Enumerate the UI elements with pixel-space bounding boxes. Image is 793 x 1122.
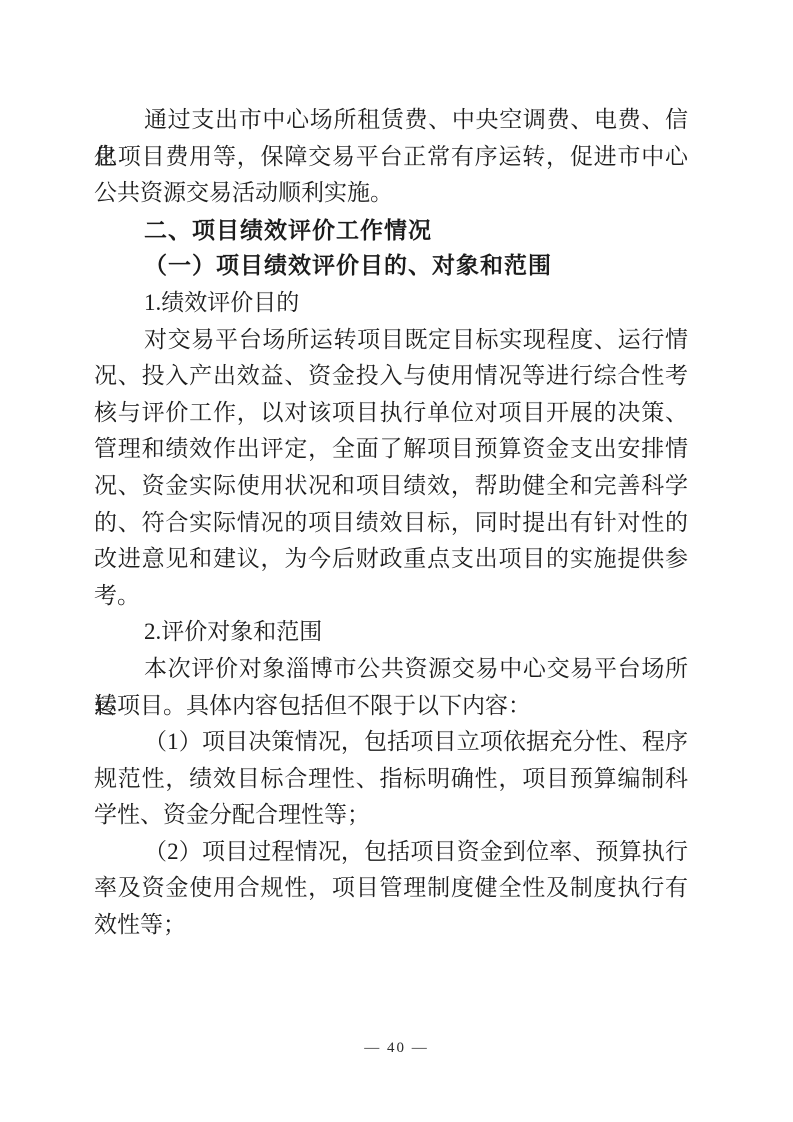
- paragraph-line: 考。: [94, 578, 688, 615]
- paragraph-line: 的、符合实际情况的项目绩效目标，同时提出有针对性的: [94, 505, 688, 542]
- item-heading-2: 2.评价对象和范围: [94, 614, 688, 651]
- paragraph-line: 规范性，绩效目标合理性、指标明确性，项目预算编制科: [94, 761, 688, 798]
- paragraph: 本次评价对象淄博市公共资源交易中心交易平台场所运 转项目。具体内容包括但不限于以…: [94, 651, 688, 724]
- paragraph-line: 管理和绩效作出评定，全面了解项目预算资金支出安排情: [94, 431, 688, 468]
- paragraph-line: 况、投入产出效益、资金投入与使用情况等进行综合性考: [94, 358, 688, 395]
- paragraph-line: 况、资金实际使用状况和项目绩效，帮助健全和完善科学: [94, 468, 688, 505]
- paragraph: 对交易平台场所运转项目既定目标实现程度、运行情 况、投入产出效益、资金投入与使用…: [94, 322, 688, 615]
- paragraph: 通过支出市中心场所租赁费、中央空调费、电费、信息 化项目费用等，保障交易平台正常…: [94, 102, 688, 212]
- paragraph-line: 率及资金使用合规性，项目管理制度健全性及制度执行有: [94, 870, 688, 907]
- section-heading: 二、项目绩效评价工作情况: [94, 212, 688, 249]
- paragraph-line: 核与评价工作，以对该项目执行单位对项目开展的决策、: [94, 395, 688, 432]
- item-heading-1: 1.绩效评价目的: [94, 285, 688, 322]
- paragraph-line: 效性等；: [94, 907, 688, 944]
- paragraph-line: 对交易平台场所运转项目既定目标实现程度、运行情: [94, 322, 688, 359]
- document-page: 通过支出市中心场所租赁费、中央空调费、电费、信息 化项目费用等，保障交易平台正常…: [0, 0, 793, 1122]
- document-body: 通过支出市中心场所租赁费、中央空调费、电费、信息 化项目费用等，保障交易平台正常…: [94, 102, 688, 944]
- paragraph-line: 通过支出市中心场所租赁费、中央空调费、电费、信息: [94, 102, 688, 139]
- paragraph-line: （1）项目决策情况，包括项目立项依据充分性、程序: [94, 724, 688, 761]
- paragraph-line: 化项目费用等，保障交易平台正常有序运转，促进市中心: [94, 139, 688, 176]
- paragraph: （2）项目过程情况，包括项目资金到位率、预算执行 率及资金使用合规性，项目管理制…: [94, 834, 688, 944]
- paragraph-line: 本次评价对象淄博市公共资源交易中心交易平台场所运: [94, 651, 688, 688]
- paragraph-line: 转项目。具体内容包括但不限于以下内容：: [94, 688, 688, 725]
- page-number: — 40 —: [0, 1040, 793, 1057]
- paragraph: （1）项目决策情况，包括项目立项依据充分性、程序 规范性，绩效目标合理性、指标明…: [94, 724, 688, 834]
- subsection-heading: （一）项目绩效评价目的、对象和范围: [94, 248, 688, 285]
- paragraph-line: 公共资源交易活动顺利实施。: [94, 175, 688, 212]
- paragraph-line: 学性、资金分配合理性等；: [94, 797, 688, 834]
- paragraph-line: 改进意见和建议，为今后财政重点支出项目的实施提供参: [94, 541, 688, 578]
- paragraph-line: （2）项目过程情况，包括项目资金到位率、预算执行: [94, 834, 688, 871]
